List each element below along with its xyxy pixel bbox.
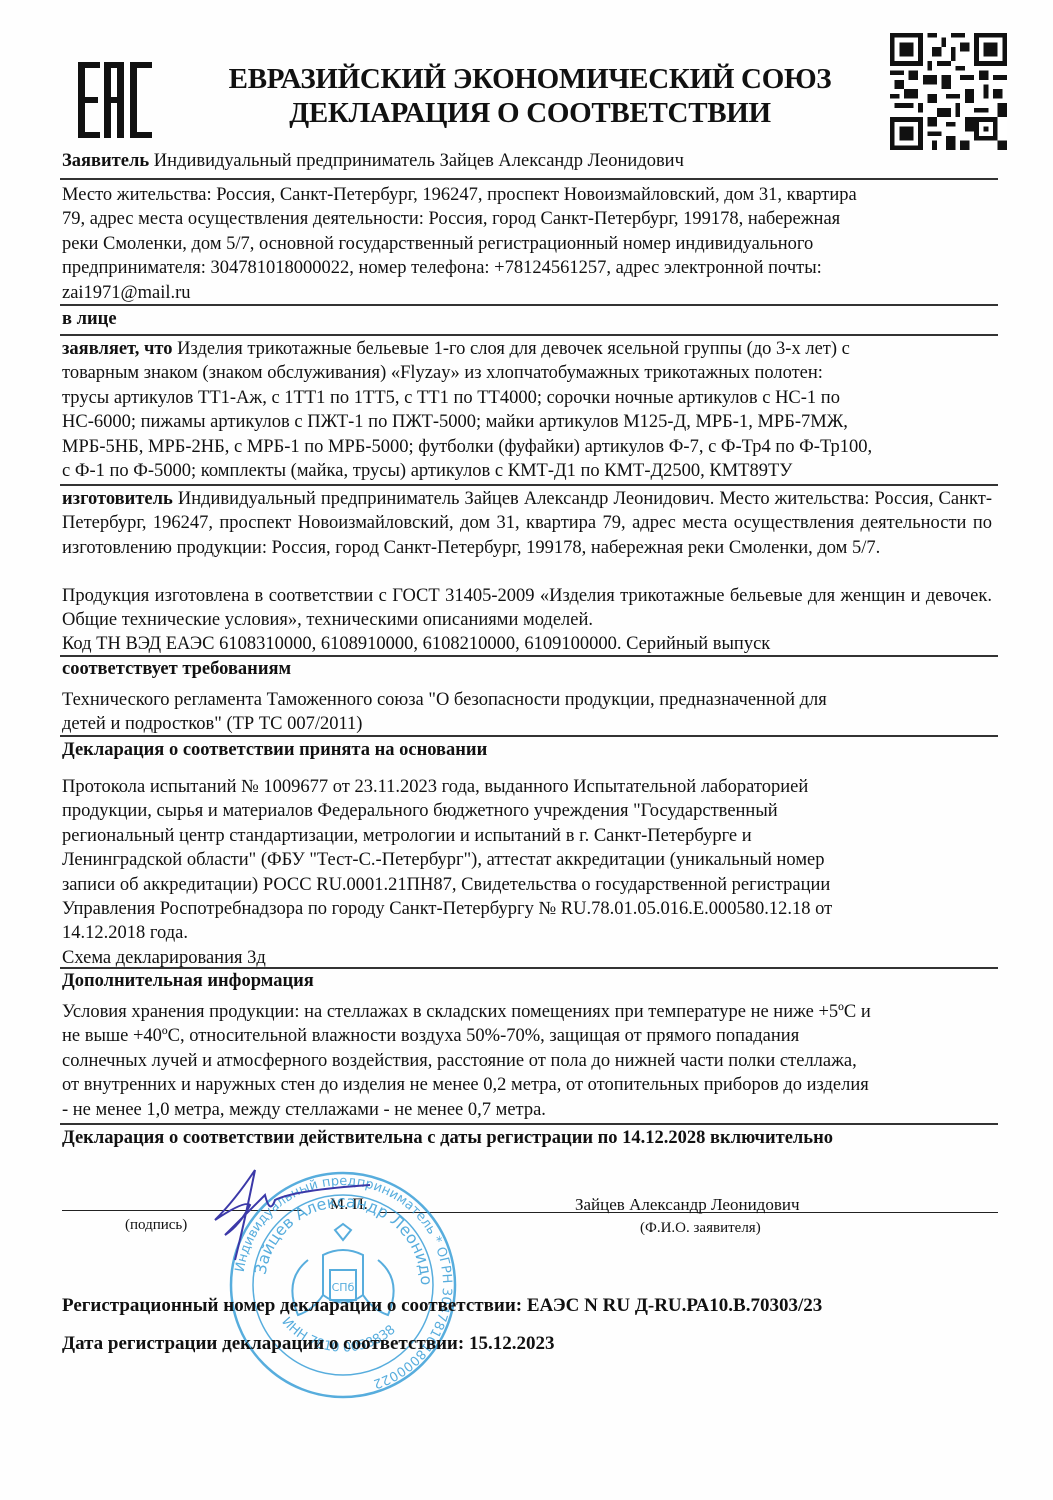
applicant-line: Заявитель Индивидуальный предприниматель… — [62, 149, 684, 173]
title-declaration: ДЕКЛАРАЦИЯ О СООТВЕТСТВИИ — [180, 96, 880, 130]
title-union: ЕВРАЗИЙСКИЙ ЭКОНОМИЧЕСКИЙ СОЮЗ — [180, 62, 880, 96]
product-line: товарным знаком (знаком обслуживания) «F… — [62, 361, 992, 385]
applicant-name: Зайцев Александр Леонидович — [575, 1193, 800, 1217]
basis-label: Декларация о соответствии принята на осн… — [62, 738, 487, 762]
basis-section: Протокола испытаний № 1009677 от 23.11.2… — [62, 775, 992, 970]
product-line: МРБ-5НБ, МРБ-2НБ, с МРБ-1 по МРБ-5000; ф… — [62, 435, 992, 459]
applicant-value: Индивидуальный предприниматель Зайцев Ал… — [154, 151, 684, 171]
signature-icon — [175, 1155, 375, 1265]
address-line: предпринимателя: 304781018000022, номер … — [62, 256, 992, 280]
storage-line: - не менее 1,0 метра, между стеллажами -… — [62, 1098, 992, 1122]
email-link[interactable]: zai1971@mail.ru — [62, 281, 992, 305]
regulation-line: детей и подростков" (ТР ТС 007/2011) — [62, 712, 992, 736]
name-caption: (Ф.И.О. заявителя) — [640, 1216, 761, 1240]
product-line: НС-6000; пижамы артикулов с ПЖТ-1 по ПЖТ… — [62, 410, 992, 434]
basis-line: региональный центр стандартизации, метро… — [62, 824, 992, 848]
basis-line: записи об аккредитации) РОСС RU.0001.21П… — [62, 873, 992, 897]
basis-line: Управления Роспотребнадзора по городу Са… — [62, 897, 992, 921]
gost-text: Продукция изготовлена в соответствии с Г… — [62, 584, 992, 633]
in-person-label: в лице — [62, 307, 117, 331]
registration-number-value: ЕАЭС N RU Д-RU.РА10.В.70303/23 — [527, 1295, 822, 1316]
additional-label: Дополнительная информация — [62, 969, 314, 993]
registration-number-label: Регистрационный номер декларации о соотв… — [62, 1295, 522, 1316]
manufacturer-section: изготовитель Индивидуальный предпринимат… — [62, 487, 992, 560]
divider — [60, 178, 998, 180]
hs-code-line: Код ТН ВЭД ЕАЭС 6108310000, 6108910000, … — [62, 632, 770, 656]
storage-line: не выше +40ºC, относительной влажности в… — [62, 1024, 992, 1048]
svg-text:СПб: СПб — [332, 1281, 355, 1294]
manufacturer-text: Индивидуальный предприниматель Зайцев Ал… — [62, 489, 992, 558]
address-line: Место жительства: Россия, Санкт-Петербур… — [62, 183, 992, 207]
eac-logo-icon — [78, 62, 152, 138]
address-line: 79, адрес места осуществления деятельнос… — [62, 207, 992, 231]
regulation-line: Технического регламента Таможенного союз… — [62, 688, 992, 712]
registration-date-value: 15.12.2023 — [469, 1333, 555, 1354]
divider — [60, 334, 998, 336]
product-line: с Ф-1 по Ф-5000; комплекты (майка, трусы… — [62, 459, 992, 483]
basis-line: продукции, сырья и материалов Федерально… — [62, 799, 992, 823]
additional-section: Условия хранения продукции: на стеллажах… — [62, 1000, 992, 1122]
document-title: ЕВРАЗИЙСКИЙ ЭКОНОМИЧЕСКИЙ СОЮЗ ДЕКЛАРАЦИ… — [180, 62, 880, 130]
storage-line: солнечных лучей и атмосферного воздейств… — [62, 1049, 992, 1073]
complies-section: Технического регламента Таможенного союз… — [62, 688, 992, 737]
qr-code-icon[interactable] — [890, 33, 1007, 150]
registration-number-line: Регистрационный номер декларации о соотв… — [62, 1295, 822, 1317]
basis-line: Протокола испытаний № 1009677 от 23.11.2… — [62, 775, 992, 799]
storage-line: от внутренних и наружных стен до изделия… — [62, 1073, 992, 1097]
divider — [60, 735, 998, 737]
divider — [60, 1123, 998, 1125]
registration-date-label: Дата регистрации декларации о соответств… — [62, 1333, 464, 1354]
declares-label: заявляет, что — [62, 339, 173, 359]
divider — [60, 484, 998, 486]
product-line: трусы артикулов ТТ1-Аж, с 1ТТ1 по 1ТТ5, … — [62, 386, 992, 410]
declaration-page: ЕВРАЗИЙСКИЙ ЭКОНОМИЧЕСКИЙ СОЮЗ ДЕКЛАРАЦИ… — [0, 0, 1053, 1500]
basis-line: 14.12.2018 года. — [62, 921, 992, 945]
storage-line: Условия хранения продукции: на стеллажах… — [62, 1000, 992, 1024]
applicant-label: Заявитель — [62, 151, 149, 171]
registration-date-line: Дата регистрации декларации о соответств… — [62, 1333, 554, 1355]
complies-label: соответствует требованиям — [62, 657, 291, 681]
address-line: реки Смоленки, дом 5/7, основной государ… — [62, 232, 992, 256]
product-line: Изделия трикотажные бельевые 1-го слоя д… — [177, 339, 850, 359]
validity-statement: Декларация о соответствии действительна … — [62, 1126, 833, 1150]
basis-line: Ленинградской области" (ФБУ "Тест-С.-Пет… — [62, 848, 992, 872]
manufacturer-label: изготовитель — [62, 489, 173, 509]
declares-section: заявляет, что Изделия трикотажные бельев… — [62, 337, 992, 483]
applicant-address: Место жительства: Россия, Санкт-Петербур… — [62, 183, 992, 305]
divider — [60, 304, 998, 306]
